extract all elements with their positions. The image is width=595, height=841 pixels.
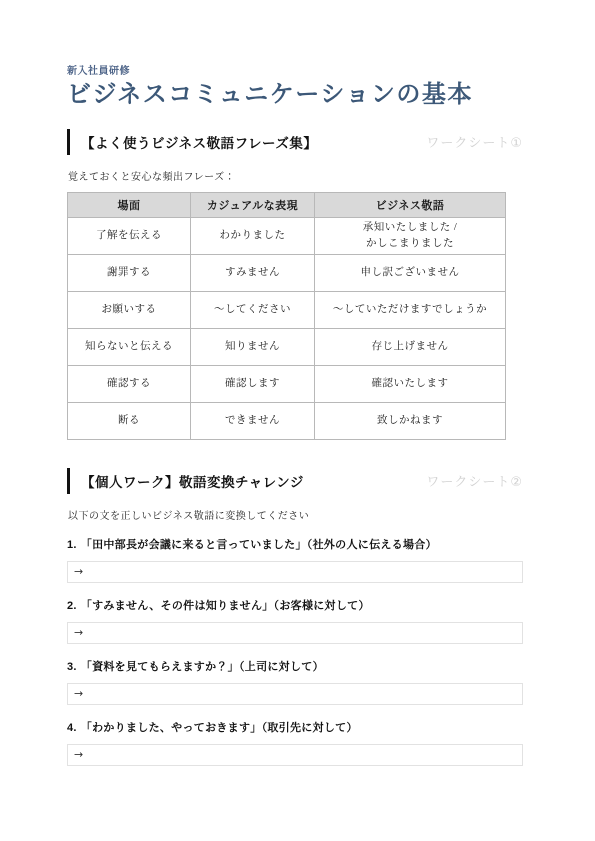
table-cell: 承知いたしました / かしこまりました bbox=[315, 217, 506, 254]
table-cell: 致しかねます bbox=[315, 402, 506, 439]
table-cell: 確認します bbox=[191, 365, 315, 402]
arrow-prefix: → bbox=[74, 748, 83, 761]
question-block-2: 2.「すみません、その件は知りません」（お客様に対して） → bbox=[67, 597, 523, 644]
table-cell: できません bbox=[191, 402, 315, 439]
section2-header: 【個人ワーク】敬語変換チャレンジ ワークシート② bbox=[67, 468, 523, 494]
section2: 【個人ワーク】敬語変換チャレンジ ワークシート② 以下の文を正しいビジネス敬語に… bbox=[67, 468, 523, 766]
table-cell: 申し訳ございません bbox=[315, 254, 506, 291]
table-row: お願いする ～してください ～していただけますでしょうか bbox=[68, 291, 506, 328]
table-row: 了解を伝える わかりました 承知いたしました / かしこまりました bbox=[68, 217, 506, 254]
table-cell: ～してください bbox=[191, 291, 315, 328]
question-2: 2.「すみません、その件は知りません」（お客様に対して） bbox=[67, 597, 523, 613]
table-cell: ～していただけますでしょうか bbox=[315, 291, 506, 328]
column-header-scene: 場面 bbox=[68, 192, 191, 217]
question-4: 4.「わかりました、やっておきます」（取引先に対して） bbox=[67, 719, 523, 735]
table-cell: 断る bbox=[68, 402, 191, 439]
question-block-4: 4.「わかりました、やっておきます」（取引先に対して） → bbox=[67, 719, 523, 766]
table-row: 謝罪する すみません 申し訳ございません bbox=[68, 254, 506, 291]
page-title: ビジネスコミュニケーションの基本 bbox=[67, 81, 523, 110]
document-kicker: 新入社員研修 bbox=[67, 62, 523, 77]
column-header-casual: カジュアルな表現 bbox=[191, 192, 315, 217]
table-row: 知らないと伝える 知りません 存じ上げません bbox=[68, 328, 506, 365]
answer-input-1[interactable]: → bbox=[67, 561, 523, 583]
table-row: 確認する 確認します 確認いたします bbox=[68, 365, 506, 402]
table-header-row: 場面 カジュアルな表現 ビジネス敬語 bbox=[68, 192, 506, 217]
table-cell: 謝罪する bbox=[68, 254, 191, 291]
question-block-3: 3.「資料を見てもらえますか？」（上司に対して） → bbox=[67, 658, 523, 705]
question-text: 「すみません、その件は知りません」（お客様に対して） bbox=[81, 600, 370, 612]
section2-intro: 以下の文を正しいビジネス敬語に変換してください bbox=[68, 507, 523, 522]
answer-input-4[interactable]: → bbox=[67, 744, 523, 766]
worksheet-badge-2: ワークシート② bbox=[426, 471, 523, 490]
section1-header: 【よく使うビジネス敬語フレーズ集】 ワークシート① bbox=[67, 129, 523, 155]
worksheet-badge-1: ワークシート① bbox=[426, 132, 523, 151]
table-row: 断る できません 致しかねます bbox=[68, 402, 506, 439]
table-cell: 確認する bbox=[68, 365, 191, 402]
arrow-prefix: → bbox=[74, 565, 83, 578]
column-header-keigo: ビジネス敬語 bbox=[315, 192, 506, 217]
question-1: 1.「田中部長が会議に来ると言っていました」（社外の人に伝える場合） bbox=[67, 536, 523, 552]
question-3: 3.「資料を見てもらえますか？」（上司に対して） bbox=[67, 658, 523, 674]
section1-intro: 覚えておくと安心な頻出フレーズ： bbox=[68, 168, 523, 183]
question-number: 2. bbox=[67, 600, 77, 612]
table-cell: わかりました bbox=[191, 217, 315, 254]
table-cell: お願いする bbox=[68, 291, 191, 328]
question-number: 4. bbox=[67, 722, 77, 734]
question-number: 3. bbox=[67, 661, 77, 673]
answer-input-2[interactable]: → bbox=[67, 622, 523, 644]
section1-heading: 【よく使うビジネス敬語フレーズ集】 bbox=[67, 129, 317, 155]
arrow-prefix: → bbox=[74, 626, 83, 639]
section2-heading: 【個人ワーク】敬語変換チャレンジ bbox=[67, 468, 304, 494]
table-cell: 確認いたします bbox=[315, 365, 506, 402]
question-number: 1. bbox=[67, 539, 77, 551]
table-cell: すみません bbox=[191, 254, 315, 291]
table-cell: 了解を伝える bbox=[68, 217, 191, 254]
arrow-prefix: → bbox=[74, 687, 83, 700]
question-block-1: 1.「田中部長が会議に来ると言っていました」（社外の人に伝える場合） → bbox=[67, 536, 523, 583]
table-cell: 知らないと伝える bbox=[68, 328, 191, 365]
table-cell: 知りません bbox=[191, 328, 315, 365]
phrase-table: 場面 カジュアルな表現 ビジネス敬語 了解を伝える わかりました 承知いたしまし… bbox=[67, 192, 506, 440]
answer-input-3[interactable]: → bbox=[67, 683, 523, 705]
question-text: 「田中部長が会議に来ると言っていました」（社外の人に伝える場合） bbox=[81, 539, 437, 551]
question-text: 「資料を見てもらえますか？」（上司に対して） bbox=[81, 661, 324, 673]
question-text: 「わかりました、やっておきます」（取引先に対して） bbox=[81, 722, 358, 734]
document-page: 新入社員研修 ビジネスコミュニケーションの基本 【よく使うビジネス敬語フレーズ集… bbox=[0, 0, 595, 841]
table-cell: 存じ上げません bbox=[315, 328, 506, 365]
